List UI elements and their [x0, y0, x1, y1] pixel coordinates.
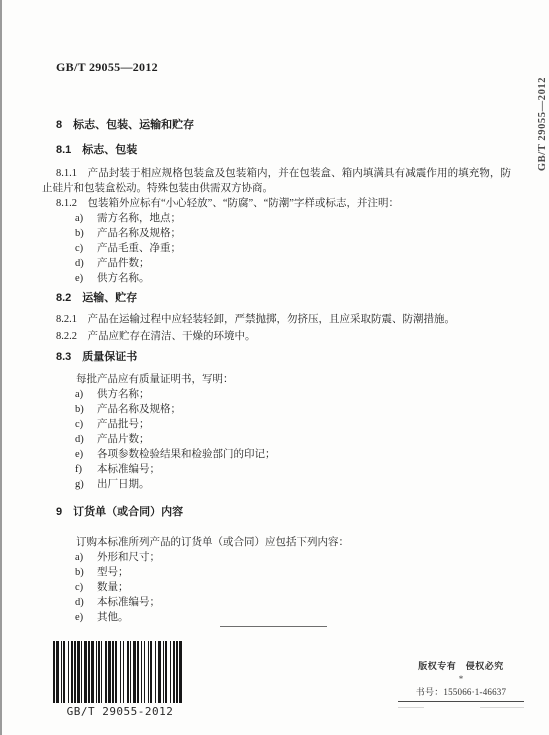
list-item: f)本标准编号；: [42, 462, 511, 477]
list-item-text: 其他。: [97, 610, 511, 625]
list-item-text: 产品名称及规格；: [97, 402, 511, 417]
list-item-label: c): [75, 241, 97, 256]
section-8-2-title: 8.2 运输、贮存: [56, 291, 511, 306]
list-item-label: a): [75, 211, 97, 226]
list-item: d)产品件数；: [42, 256, 511, 271]
document-body: 8 标志、包装、运输和贮存 8.1 标志、包装 8.1.1 产品封装于相应规格包…: [42, 112, 511, 627]
scan-edge-strip: [0, 0, 2, 735]
list-item: g)出厂日期。: [42, 477, 511, 492]
list-item-text: 产品毛重、净重；: [97, 241, 511, 256]
list-8-1-2: a)需方名称，地点； b)产品名称及规格； c)产品毛重、净重； d)产品件数；…: [42, 211, 511, 286]
section-8-1-title: 8.1 标志、包装: [56, 143, 511, 158]
list-item: e)各项参数检验结果和检验部门的印记；: [42, 447, 511, 462]
list-item-label: a): [75, 387, 97, 402]
list-item: c)数量；: [42, 580, 511, 595]
section-8-title: 8 标志、包装、运输和贮存: [56, 118, 511, 133]
clause-8-1-1: 8.1.1 产品封装于相应规格包装盒及包装箱内，并在包装盒、箱内填满具有减震作用…: [42, 166, 511, 196]
list-item: a)供方名称；: [42, 387, 511, 402]
list-item-text: 产品片数；: [97, 432, 511, 447]
list-item: b)产品名称及规格；: [42, 402, 511, 417]
list-item-label: b): [75, 226, 97, 241]
list-item-label: b): [75, 565, 97, 580]
list-item-text: 供方名称；: [97, 387, 511, 402]
separator-star: *: [398, 675, 524, 683]
clause-9-intro: 订购本标准所列产品的订货单（或合同）应包括下列内容：: [76, 535, 511, 550]
list-item-label: c): [75, 417, 97, 432]
list-item-label: d): [75, 432, 97, 447]
list-item: c)产品毛重、净重；: [42, 241, 511, 256]
list-item-label: g): [75, 477, 97, 492]
list-item-label: b): [75, 402, 97, 417]
standard-document-page: GB/T 29055—2012 GB/T 29055—2012 8 标志、包装、…: [0, 0, 549, 735]
list-item-label: a): [75, 550, 97, 565]
list-item-label: e): [75, 447, 97, 462]
list-item: b)产品名称及规格；: [42, 226, 511, 241]
list-item: c)产品批号；: [42, 417, 511, 432]
list-item-text: 供方名称。: [97, 271, 511, 286]
list-item: e)供方名称。: [42, 271, 511, 286]
list-item-text: 出厂日期。: [97, 477, 511, 492]
print-through-marks: [398, 707, 524, 708]
list-item-text: 本标准编号；: [97, 462, 511, 477]
list-item-text: 需方名称，地点；: [97, 211, 511, 226]
list-item-label: e): [75, 610, 97, 625]
list-item-label: d): [75, 256, 97, 271]
list-item: d)本标准编号；: [42, 595, 511, 610]
list-item: b)型号；: [42, 565, 511, 580]
barcode: [53, 641, 182, 703]
colophon-block: 版权专有 侵权必究 * 书号：155066·1-46637: [398, 659, 524, 708]
clause-8-1-2: 8.1.2 包装箱外应标有“小心轻放”、“防腐”、“防潮”字样或标志，并注明：: [42, 196, 511, 211]
list-item-text: 本标准编号；: [97, 595, 511, 610]
list-item-text: 产品名称及规格；: [97, 226, 511, 241]
list-item-text: 数量；: [97, 580, 511, 595]
list-item-text: 型号；: [97, 565, 511, 580]
list-item: e)其他。: [42, 610, 511, 625]
list-8-3: a)供方名称； b)产品名称及规格； c)产品批号； d)产品片数； e)各项参…: [42, 387, 511, 492]
clause-8-2-2: 8.2.2 产品应贮存在清洁、干燥的环境中。: [42, 329, 511, 344]
list-item-text: 产品批号；: [97, 417, 511, 432]
list-item-text: 产品件数；: [97, 256, 511, 271]
section-9-title: 9 订货单（或合同）内容: [56, 505, 511, 520]
list-item-label: c): [75, 580, 97, 595]
list-item-label: d): [75, 595, 97, 610]
list-item: a)需方名称，地点；: [42, 211, 511, 226]
copyright-notice: 版权专有 侵权必究: [398, 659, 524, 672]
clause-8-3-intro: 每批产品应有质量证明书，写明：: [76, 372, 511, 387]
list-9: a)外形和尺寸； b)型号； c)数量； d)本标准编号； e)其他。: [42, 550, 511, 625]
list-item-label: e): [75, 271, 97, 286]
list-item-text: 各项参数检验结果和检验部门的印记；: [97, 447, 511, 462]
list-item: a)外形和尺寸；: [42, 550, 511, 565]
clause-8-2-1: 8.2.1 产品在运输过程中应轻装轻卸，严禁抛掷，勿挤压，且应采取防震、防潮措施…: [42, 312, 511, 327]
section-8-3-title: 8.3 质量保证书: [56, 350, 511, 365]
list-item-text: 外形和尺寸；: [97, 550, 511, 565]
barcode-caption: GB/T 29055-2012: [50, 705, 190, 718]
list-item: d)产品片数；: [42, 432, 511, 447]
spine-document-code: GB/T 29055—2012: [537, 54, 549, 194]
end-of-document-rule: [220, 626, 327, 627]
document-code-header: GB/T 29055—2012: [56, 60, 158, 75]
book-number: 书号：155066·1-46637: [398, 685, 524, 702]
list-item-label: f): [75, 462, 97, 477]
